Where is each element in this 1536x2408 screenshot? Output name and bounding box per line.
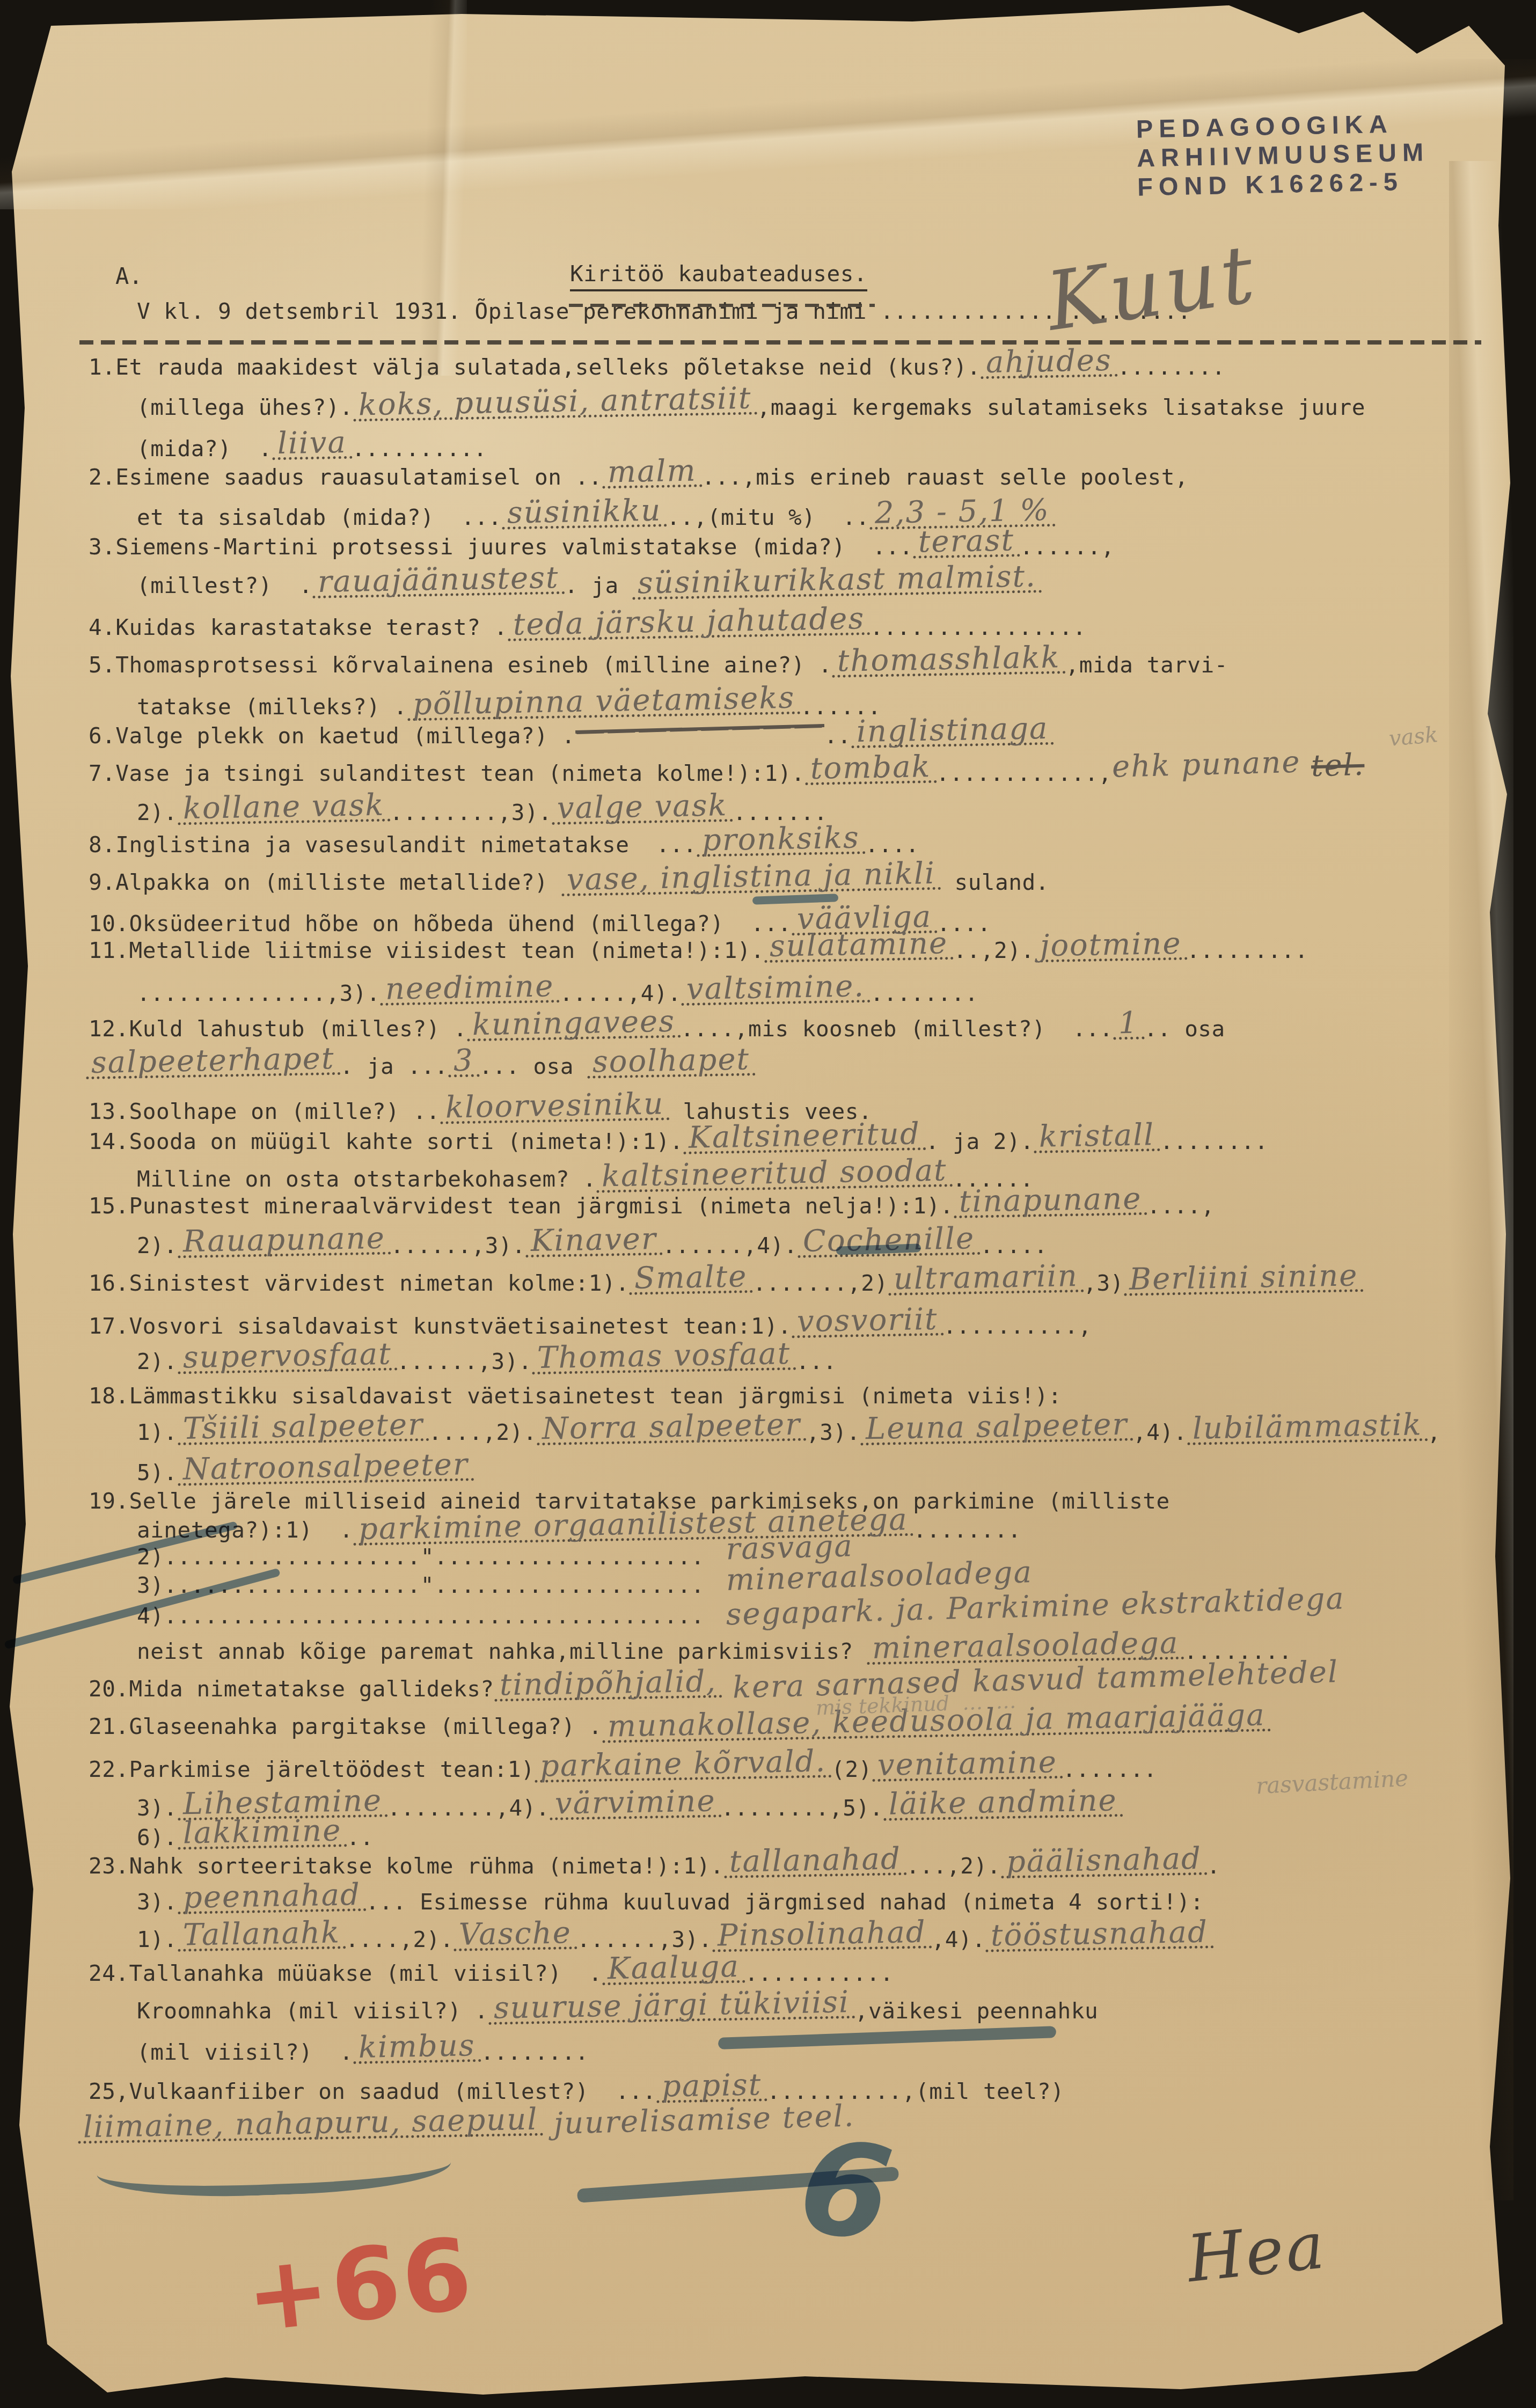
q22-line3-handwritten: lakkimine bbox=[177, 1817, 347, 1849]
q11-line1-handwritten: sulatamine bbox=[764, 930, 954, 963]
q24-line3-handwritten: kimbus bbox=[353, 2032, 481, 2064]
q1-line1-typed: ........ bbox=[1117, 354, 1225, 380]
q18-line2-typed: , bbox=[1428, 1419, 1441, 1445]
q10-line1-typed: 10.Oksüdeeritud hõbe on hõbeda ühend (mi… bbox=[89, 911, 792, 936]
stamp-line-3: FOND K16262-5 bbox=[1137, 167, 1404, 201]
q9-line1-handwritten: vase, inglistina ja nikli bbox=[561, 860, 941, 896]
q17-line2-handwritten: supervosfaat bbox=[177, 1341, 397, 1374]
q25-line1: 25,Vulkaanfiiber on saadud (millest?) ..… bbox=[89, 2076, 1064, 2107]
q3-line2-typed: (millest?) . bbox=[137, 573, 312, 598]
q22-line1-handwritten: venitamine bbox=[872, 1749, 1063, 1782]
q11-line1: 11.Metallide liitmise viisidest tean (ni… bbox=[89, 935, 1308, 966]
stamp-line-1: PEDAGOOGIKA bbox=[1136, 109, 1393, 143]
q6-line1-typed: 6.Valge plekk on kaetud (millega?) . bbox=[89, 723, 575, 749]
q2-line2-typed: ..,(mitu %) .. bbox=[667, 504, 869, 530]
q22-line2-handwritten: läike andmine bbox=[883, 1787, 1123, 1821]
q3-line1: 3.Siemens-Martini protsessi juures valmi… bbox=[89, 531, 1115, 562]
q12-line2-handwritten: 3 bbox=[448, 1048, 480, 1078]
q23-line1: 23.Nahk sorteeritakse kolme rühma (nimet… bbox=[89, 1850, 1220, 1882]
subtitle-text: V kl. 9 detsembril 1931. Õpilase perekon… bbox=[137, 298, 880, 324]
q2-line1-handwritten: malm bbox=[602, 457, 702, 488]
q24-line2-typed: Kroomnahka (mil viisil?) . bbox=[137, 1998, 488, 2024]
q2-line2-typed: et ta sisaldab (mida?) ... bbox=[137, 504, 502, 530]
q14-line1-typed: ........ bbox=[1160, 1129, 1268, 1154]
q11-line2-typed: ........ bbox=[870, 980, 978, 1006]
q22-line3: 6).lakkimine.. bbox=[137, 1822, 374, 1853]
q18-line3: 5).Natroonsalpeeter bbox=[137, 1457, 473, 1488]
page-title: Kiritöö kaubateaduses. bbox=[570, 261, 867, 291]
q5-line2-typed: tatakse (milleks?) . bbox=[137, 694, 407, 720]
q24-line3-typed: (mil viisil?) . bbox=[137, 2039, 353, 2065]
q25-line1-typed: 25,Vulkaanfiiber on saadud (millest?) ..… bbox=[89, 2078, 656, 2104]
q19-line3-typed: 2)..................."..................… bbox=[137, 1544, 705, 1570]
q7-line1-handwritten: tel. bbox=[1311, 752, 1365, 780]
q17-line1-typed: .........., bbox=[943, 1313, 1092, 1339]
q7-line1-handwritten: ehk punane bbox=[1111, 749, 1312, 781]
q3-line2-typed: . ja bbox=[565, 573, 632, 598]
q18-line1: 18.Lämmastikku sisaldavaist väetisainete… bbox=[89, 1380, 1062, 1411]
q23-line1-typed: ...,2). bbox=[906, 1853, 1001, 1879]
q18-line2-handwritten: Tšiili salpeeter bbox=[177, 1411, 429, 1445]
q5-line1-typed: 5.Thomasprotsessi kõrvalainena esineb (m… bbox=[89, 652, 832, 678]
q11-line2: ..............,3).needimine.....,4).valt… bbox=[137, 978, 978, 1009]
q4-line1: 4.Kuidas karastatakse terast? .teda järs… bbox=[89, 612, 1086, 643]
q23-line2-handwritten: peennahad bbox=[177, 1882, 366, 1914]
q11-line1-handwritten: jootmine bbox=[1034, 931, 1187, 963]
q23-line2: 3).peennahad... Esimesse rühma kuuluvad … bbox=[137, 1886, 1204, 1917]
q7-line1-handwritten: tombak bbox=[804, 753, 936, 785]
q14-line1: 14.Sooda on müügil kahte sorti (nimeta!)… bbox=[89, 1126, 1268, 1157]
q15-line2-typed: 2). bbox=[137, 1233, 178, 1258]
q7-line1-typed: ............, bbox=[936, 760, 1111, 786]
q19-line3-handwritten: rasvaga bbox=[704, 1533, 853, 1563]
q12-line1-typed: 12.Kuld lahustub (milles?) . bbox=[89, 1016, 467, 1042]
q1-line3-typed: .......... bbox=[352, 436, 487, 462]
q8-line1-typed: 8.Inglistina ja vasesulandit nimetatakse… bbox=[89, 832, 697, 858]
q6-line1: 6.Valge plekk on kaetud (millega?) .————… bbox=[89, 720, 1054, 751]
q9-line1-typed: suland. bbox=[941, 869, 1049, 895]
q22-line2-handwritten: värvimine bbox=[549, 1788, 721, 1820]
q24-line2-typed: ,väikesi peennahku bbox=[855, 1998, 1098, 2024]
q23-line1-handwritten: päälisnahad bbox=[1000, 1846, 1207, 1879]
q16-line1-typed: 16.Sinistest värvidest nimetan kolme:1). bbox=[89, 1270, 629, 1296]
q15-line1-handwritten: tinapunane bbox=[953, 1185, 1147, 1218]
q17-line2: 2).supervosfaat......,3).Thomas vosfaat.… bbox=[137, 1346, 837, 1377]
q24-line2: Kroomnahka (mil viisil?) .suuruse järgi … bbox=[137, 1995, 1098, 2026]
q2-line1-typed: ...,mis erineb rauast selle poolest, bbox=[702, 464, 1189, 490]
q7-line1-typed: 7.Vase ja tsingi sulanditest tean (nimet… bbox=[89, 760, 805, 786]
q11-line2-handwritten: valtsimine. bbox=[681, 973, 871, 1006]
q14-line1-typed: . ja 2). bbox=[926, 1129, 1034, 1154]
q6-line1-typed: .. bbox=[824, 723, 851, 749]
q17-line2-typed: ......,3). bbox=[397, 1349, 532, 1374]
q15-line2-typed: ......,3). bbox=[390, 1233, 525, 1258]
q16-line1-handwritten: Smalte bbox=[629, 1263, 753, 1295]
q1-line2-typed: ,maagi kergemaks sulatamiseks lisatakse … bbox=[757, 394, 1365, 420]
q3-line2: (millest?) .rauajäänustest. ja süsinikur… bbox=[137, 570, 1042, 601]
q3-line2-handwritten: rauajäänustest bbox=[312, 565, 565, 598]
archival-exam-photo: { "colors": { "paper": "#d7bf94", "typed… bbox=[0, 0, 1536, 2408]
q12-line1-typed: .. osa bbox=[1144, 1016, 1225, 1042]
q22-line1-typed: (2) bbox=[831, 1756, 872, 1782]
q16-line1: 16.Sinistest värvidest nimetan kolme:1).… bbox=[89, 1268, 1363, 1299]
q16-line1-typed: ,3) bbox=[1083, 1270, 1124, 1296]
q12-line1: 12.Kuld lahustub (milles?) .kuningavees.… bbox=[89, 1013, 1225, 1044]
q12-line1-handwritten: 1 bbox=[1113, 1010, 1145, 1040]
q1-line2-typed: (millega ühes?). bbox=[137, 394, 353, 420]
q5-line1: 5.Thomasprotsessi kõrvalainena esineb (m… bbox=[89, 649, 1228, 680]
q13-line1-typed: 13.Soolhape on (mille?) .. bbox=[89, 1099, 440, 1124]
q22-line1-typed: 22.Parkimise järeltöödest tean:1) bbox=[89, 1756, 535, 1782]
q4-line1-handwritten: teda järsku jahutades bbox=[507, 605, 870, 641]
q23-line3-typed: ,4). bbox=[932, 1927, 986, 1952]
q24-line2-handwritten: suuruse järgi tükiviisi bbox=[488, 1989, 855, 2025]
q23-line2-typed: 3). bbox=[137, 1889, 178, 1915]
q6-line1-handwritten: ———————— bbox=[575, 712, 824, 745]
q19-line2-typed: ........ bbox=[913, 1517, 1021, 1543]
q16-line1-handwritten: Berliini sinine bbox=[1124, 1262, 1364, 1296]
q17-line1-typed: 17.Vosvori sisaldavaist kunstväetisainet… bbox=[89, 1313, 792, 1339]
q24-line1-handwritten: Kaaluga bbox=[602, 1953, 745, 1986]
q5-line1-typed: ,mida tarvi- bbox=[1066, 652, 1228, 678]
q7-line2-typed: 2). bbox=[137, 800, 178, 825]
q22-line2-typed: 3). bbox=[137, 1795, 178, 1821]
date-and-name-line: V kl. 9 detsembril 1931. Õpilase perekon… bbox=[137, 298, 1191, 324]
q23-line3-handwritten: Pinsolinahad bbox=[712, 1919, 932, 1952]
q22-line1-handwritten: parkaine kõrvald. bbox=[535, 1748, 832, 1783]
q25-line1-handwritten: papist bbox=[656, 2072, 767, 2103]
q15-line1-typed: 15.Punastest mineraalvärvidest tean järg… bbox=[89, 1193, 954, 1219]
q11-line1-typed: ..,2). bbox=[953, 938, 1034, 963]
q5-line1-handwritten: thomasshlakk bbox=[832, 644, 1066, 678]
q24-line3: (mil viisil?) .kimbus........ bbox=[137, 2037, 589, 2068]
q18-line2-handwritten: Leuna salpeeter bbox=[860, 1411, 1133, 1446]
grade-word-hea: Hea bbox=[1183, 2208, 1329, 2297]
q4-line1-typed: 4.Kuidas karastatakse terast? . bbox=[89, 614, 508, 640]
q24-line3-typed: ........ bbox=[481, 2039, 589, 2065]
q23-line3-handwritten: tööstusnahad bbox=[985, 1919, 1214, 1952]
q1-line2: (millega ühes?).koks, puusüsi, antratsii… bbox=[137, 392, 1365, 423]
section-letter: A. bbox=[115, 263, 143, 289]
q17-line1-handwritten: vosvoriit bbox=[791, 1306, 943, 1338]
q18-line2-typed: ....,2). bbox=[429, 1419, 537, 1445]
q9-line1: 9.Alpakka on (milliste metallide?) vase,… bbox=[89, 867, 1049, 898]
q3-line1-handwritten: terast bbox=[913, 527, 1020, 558]
q12-line2-typed: . ja ... bbox=[340, 1053, 448, 1079]
q8-line1-handwritten: pronksiks bbox=[697, 824, 866, 857]
q16-line1-typed: .......,2) bbox=[753, 1270, 888, 1296]
q8-line1-typed: .... bbox=[865, 832, 919, 858]
q12-line2: salpeeterhapet. ja ...3... osa soolhapet bbox=[86, 1051, 755, 1082]
q1-line1: 1.Et rauda maakidest välja sulatada,sell… bbox=[89, 352, 1225, 383]
q3-line2-handwritten: süsinikurikkast malmist. bbox=[632, 563, 1042, 599]
q22-line2-typed: ........,4). bbox=[387, 1795, 550, 1821]
q22-line3-typed: 6). bbox=[137, 1825, 178, 1850]
q12-line2-handwritten: soolhapet bbox=[587, 1046, 756, 1078]
q9-line1-typed: 9.Alpakka on (milliste metallide?) bbox=[89, 869, 561, 895]
q18-line2-typed: ,3). bbox=[806, 1419, 860, 1445]
q17-line1: 17.Vosvori sisaldavaist kunstväetisainet… bbox=[89, 1311, 1092, 1342]
q11-line1-typed: ......... bbox=[1187, 938, 1308, 963]
q13-line1-handwritten: kloorvesiniku bbox=[440, 1090, 669, 1124]
q18-line3-handwritten: Natroonsalpeeter bbox=[177, 1451, 474, 1486]
q22-line1-typed: ....... bbox=[1063, 1756, 1157, 1782]
q15-line2-handwritten: Kinaver bbox=[525, 1226, 663, 1257]
q12-line2-typed: ... osa bbox=[479, 1053, 587, 1079]
q22-line2-typed: ........,5). bbox=[721, 1795, 883, 1821]
q1-line1-typed: 1.Et rauda maakidest välja sulatada,sell… bbox=[89, 354, 981, 380]
q23-line1-handwritten: tallanahad bbox=[723, 1846, 906, 1878]
q14-line2-handwritten: kaltsineeritud soodat bbox=[596, 1157, 953, 1193]
archive-stamp: PEDAGOOGIKA ARHIIVMUUSEUM FOND K16262-5 bbox=[1136, 108, 1430, 201]
q18-line2-typed: 1). bbox=[137, 1419, 178, 1445]
q7-line2-handwritten: valge vask bbox=[552, 792, 733, 825]
q1-line1-handwritten: ahjudes bbox=[981, 347, 1118, 379]
q7-line1: 7.Vase ja tsingi sulanditest tean (nimet… bbox=[89, 758, 1364, 789]
q3-line1-typed: 3.Siemens-Martini protsessi juures valmi… bbox=[89, 534, 913, 560]
q1-line2-handwritten: koks, puusüsi, antratsiit bbox=[353, 385, 757, 421]
q11-line2-typed: .....,4). bbox=[560, 980, 682, 1006]
q17-line2-typed: 2). bbox=[137, 1349, 178, 1374]
q18-line3-typed: 5). bbox=[137, 1460, 178, 1485]
q23-line3-handwritten: Vasche bbox=[454, 1920, 577, 1951]
q11-line2-handwritten: needimine bbox=[380, 973, 560, 1006]
q19-line5-typed: 4)......................................… bbox=[137, 1603, 705, 1629]
q23-line3-handwritten: Tallanahk bbox=[177, 1919, 346, 1951]
q24-line1: 24.Tallanahka müüakse (mil viisil?) .Kaa… bbox=[89, 1958, 894, 1989]
q14-line1-handwritten: kristall bbox=[1034, 1122, 1160, 1153]
q23-line3-typed: ....,2). bbox=[346, 1927, 454, 1952]
q14-line1-typed: 14.Sooda on müügil kahte sorti (nimeta!)… bbox=[89, 1129, 683, 1154]
q20-line1-typed: 20.Mida nimetatakse gallideks? bbox=[89, 1676, 494, 1702]
q1-line3-typed: (mida?) . bbox=[137, 436, 272, 462]
q18-line2-handwritten: lubilämmastik bbox=[1187, 1411, 1428, 1445]
q25-line2: liimaine, nahapuru, saepuul juurelisamis… bbox=[78, 2113, 855, 2144]
q18-line2-typed: ,4). bbox=[1133, 1419, 1187, 1445]
q15-line2-typed: ..... bbox=[980, 1233, 1048, 1258]
q15-line2-handwritten: Rauapunane bbox=[177, 1225, 391, 1258]
q24-line1-typed: ........... bbox=[745, 1960, 894, 1986]
q1-line3: (mida?) .liiva.......... bbox=[137, 433, 487, 464]
q18-line2: 1).Tšiili salpeeter....,2).Norra salpeet… bbox=[137, 1417, 1441, 1448]
q12-line1-typed: ....,mis koosneb (millest?) ... bbox=[681, 1016, 1113, 1042]
q1-line3-handwritten: liiva bbox=[272, 429, 352, 460]
q2-line1: 2.Esimene saadus rauasulatamisel on ..ma… bbox=[89, 462, 1188, 493]
q8-line1: 8.Inglistina ja vasesulandit nimetatakse… bbox=[89, 829, 919, 860]
q21-line1-typed: 21.Glaseenahka pargitakse (millega?) . bbox=[89, 1714, 602, 1739]
q23-line3-typed: ......,3). bbox=[577, 1927, 712, 1952]
q19-line6-typed: neist annab kõige paremat nahka,milline … bbox=[137, 1638, 867, 1664]
q14-line2-typed: Milline on osta otstarbekohasem? . bbox=[137, 1166, 596, 1192]
q15-line1-typed: ...., bbox=[1147, 1193, 1215, 1219]
q20-line1-handwritten: tindipõhjalid, bbox=[494, 1668, 722, 1701]
q7-line2-typed: ........,3). bbox=[390, 800, 552, 825]
q22-line3-typed: .. bbox=[347, 1825, 374, 1850]
q19-line4-handwritten: mineraalsooladega bbox=[704, 1559, 1033, 1594]
q11-line2-typed: ..............,3). bbox=[137, 980, 380, 1006]
q21-line1: 21.Glaseenahka pargitakse (millega?) .mu… bbox=[89, 1711, 1271, 1742]
header-separator-dashes bbox=[79, 340, 1481, 345]
q17-line2-typed: ... bbox=[796, 1349, 837, 1374]
q23-line2-typed: ... Esimesse rühma kuuluvad järgmised na… bbox=[366, 1889, 1204, 1915]
margin-note-vask: vask bbox=[1388, 722, 1439, 751]
q15-line2-typed: ......,4). bbox=[662, 1233, 798, 1258]
q2-line2-handwritten: süsinikku bbox=[502, 497, 667, 529]
grade-red-plus66: +66 bbox=[240, 2215, 479, 2354]
q14-line1-handwritten: Kaltsineeritud bbox=[683, 1121, 926, 1154]
q2-line2: et ta sisaldab (mida?) ...süsinikku..,(m… bbox=[137, 502, 1055, 533]
q2-line1-typed: 2.Esimene saadus rauasulatamisel on .. bbox=[89, 464, 602, 490]
q18-line1-typed: 18.Lämmastikku sisaldavaist väetisainete… bbox=[89, 1383, 1062, 1409]
q11-line1-typed: 11.Metallide liitmise viisidest tean (ni… bbox=[89, 938, 764, 963]
title-underline-dashed bbox=[569, 304, 875, 307]
q7-line2-handwritten: kollane vask bbox=[177, 792, 390, 825]
q16-line1-handwritten: ultramariin bbox=[888, 1263, 1084, 1296]
q15-line1: 15.Punastest mineraalvärvidest tean järg… bbox=[89, 1190, 1215, 1221]
q23-line3-typed: 1). bbox=[137, 1927, 178, 1952]
q24-line1-typed: 24.Tallanahka müüakse (mil viisil?) . bbox=[89, 1960, 602, 1986]
q12-line1-handwritten: kuningavees bbox=[467, 1008, 681, 1042]
q22-line1: 22.Parkimise järeltöödest tean:1)parkain… bbox=[89, 1754, 1157, 1785]
q23-line1-typed: . bbox=[1207, 1853, 1220, 1879]
q23-line1-typed: 23.Nahk sorteeritakse kolme rühma (nimet… bbox=[89, 1853, 724, 1879]
q6-line1-handwritten: inglistinaga bbox=[851, 715, 1054, 749]
q12-line2-handwritten: salpeeterhapet bbox=[86, 1045, 340, 1079]
q17-line2-handwritten: Thomas vosfaat bbox=[532, 1341, 796, 1375]
q3-line1-typed: ......, bbox=[1020, 534, 1114, 560]
q4-line1-typed: ................ bbox=[870, 614, 1086, 640]
q18-line2-handwritten: Norra salpeeter bbox=[537, 1411, 807, 1446]
